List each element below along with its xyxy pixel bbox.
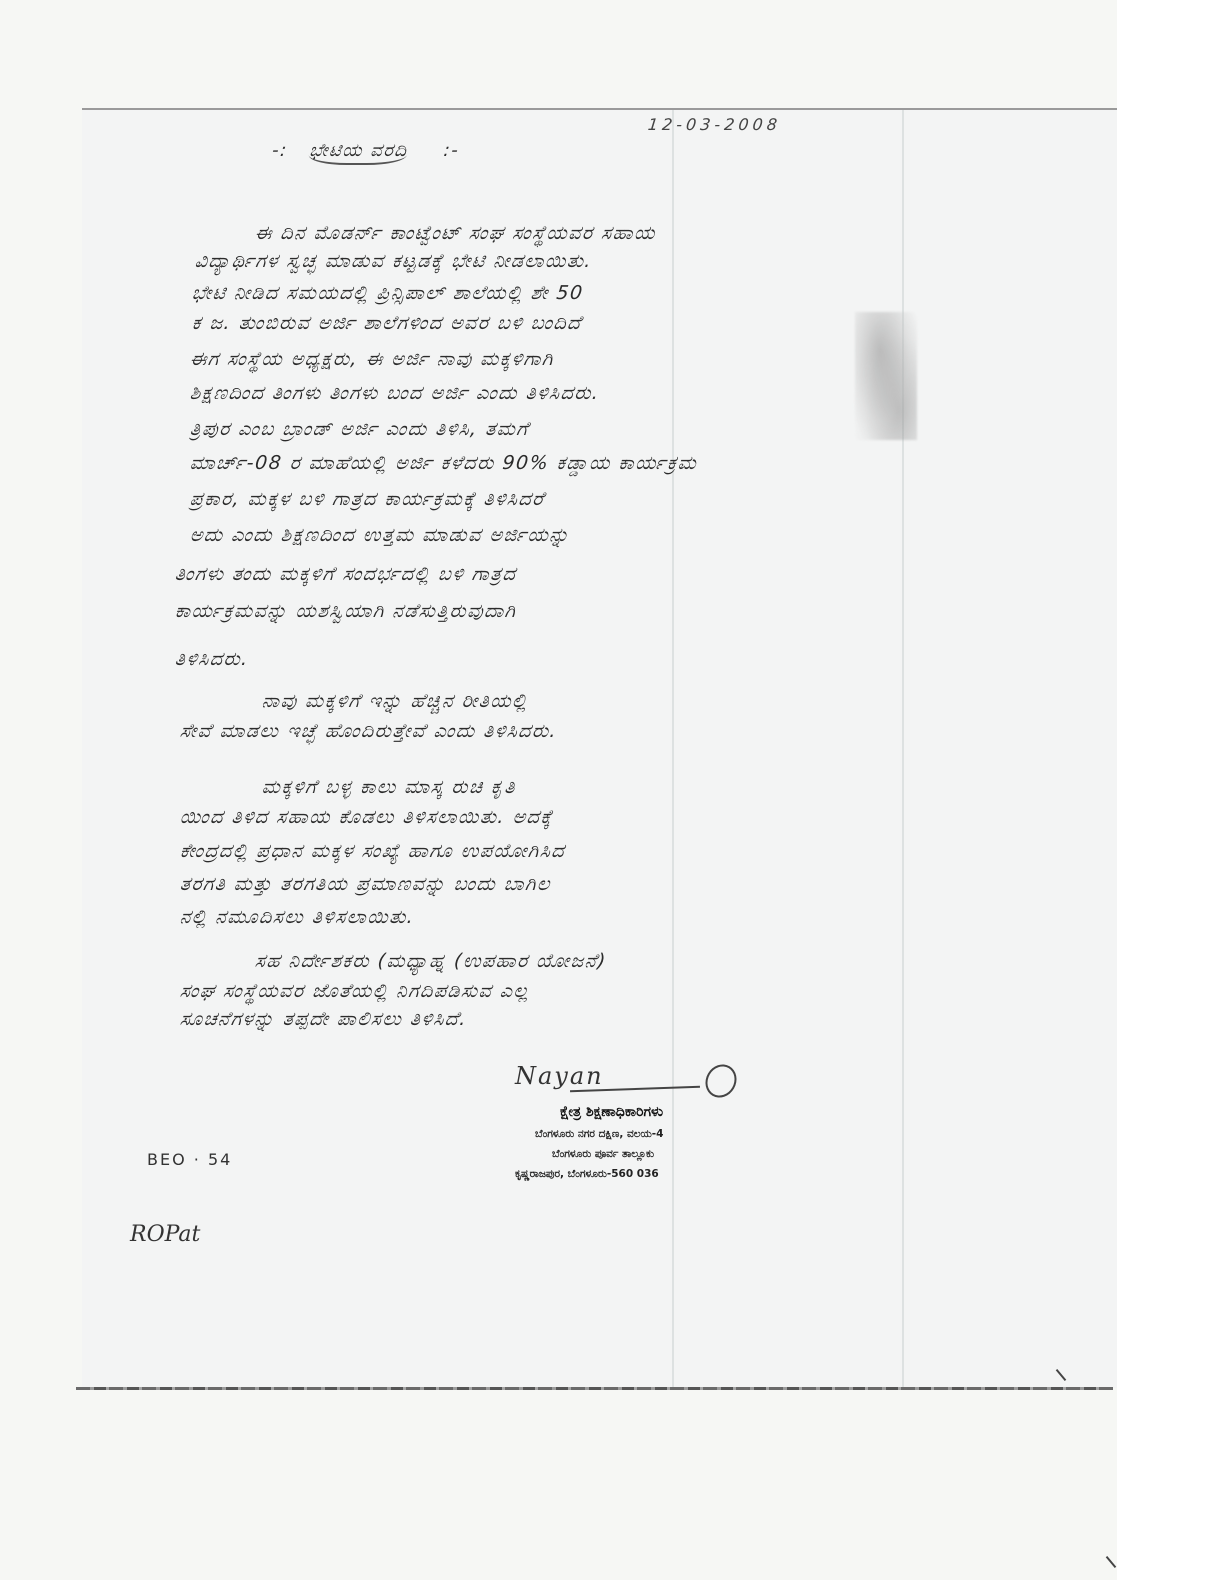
body-line: ಕಾರ್ಯಕ್ರಮವನ್ನು ಯಶಸ್ವಿಯಾಗಿ ನಡೆಸುತ್ತಿರುವುದ… <box>174 600 518 622</box>
stamp-line: ಕೃಷ್ಣರಾಜಪುರ, ಬೆಂಗಳೂರು-560 036 <box>515 1168 659 1181</box>
letter-date: 12-03-2008 <box>647 115 782 134</box>
body-line: ವಿದ್ಯಾರ್ಥಿಗಳ ಸ್ವಚ್ಛ ಮಾಡುವ ಕಟ್ಟಡಕ್ಕೆ ಭೇಟಿ… <box>194 250 594 272</box>
body-line: ಪ್ರಕಾರ, ಮಕ್ಕಳ ಬಳಿ ಗಾತ್ರದ ಕಾರ್ಯಕ್ರಮಕ್ಕೆ ತ… <box>189 488 546 510</box>
stamp-title: ಕ್ಷೇತ್ರ ಶಿಕ್ಷಣಾಧಿಕಾರಿಗಳು <box>560 1104 663 1120</box>
body-line: ಈ ದಿನ ಮೊಡರ್ನ್ ಕಾಂಟ್ವೆಂಟ್ ಸಂಘ ಸಂಸ್ಥೆಯವರ ಸ… <box>254 222 657 244</box>
heading-prefix: -: <box>271 140 289 161</box>
body-line: ತಿಂಗಳು ತಂದು ಮಕ್ಕಳಿಗೆ ಸಂದರ್ಭದಲ್ಲಿ ಬಳಿ ಗಾತ… <box>174 563 518 585</box>
body-line: ಮಕ್ಕಳಿಗೆ ಬಳ್ಳ ಕಾಲು ಮಾಸ್ಕ ರುಚಿ ಕೃತಿ <box>261 776 517 798</box>
body-line: ಕೇಂದ್ರದಲ್ಲಿ ಪ್ರಧಾನ ಮಕ್ಕಳ ಸಂಖ್ಯೆ ಹಾಗೂ ಉಪಯ… <box>179 840 567 862</box>
heading-title: ಭೇಟಿಯ ವರದಿ <box>308 140 409 165</box>
body-line: ನಾವು ಮಕ್ಕಳಿಗೆ ಇನ್ನು ಹೆಚ್ಚಿನ ರೀತಿಯಲ್ಲಿ <box>261 690 529 712</box>
stamp-line: ಬೆಂಗಳೂರು ನಗರ ದಕ್ಷಿಣ, ವಲಯ-4 <box>535 1128 663 1141</box>
body-line: ಶಿಕ್ಷಣದಿಂದ ತಿಂಗಳು ತಿಂಗಳು ಬಂದ ಅರ್ಜಿ ಎಂದು … <box>189 382 601 404</box>
handwritten-signature: Nayan <box>515 1062 604 1090</box>
body-line: ತಿಳಿಸಿದರು. <box>174 648 250 670</box>
body-line: ತ್ರಿಪುರ ಎಂಬ ಬ್ರಾಂಡ್ ಅರ್ಜಿ ಎಂದು ತಿಳಿಸಿ, ತ… <box>189 418 530 440</box>
stamp-line: ಬೆಂಗಳೂರು ಪೂರ್ವ ತಾಲ್ಲೂಕು <box>552 1148 654 1161</box>
body-line: ನಲ್ಲಿ ನಮೂದಿಸಲು ತಿಳಿಸಲಾಯಿತು. <box>179 906 416 928</box>
body-line: ಕ ಜ. ತುಂಬಿರುವ ಅರ್ಜಿ ಶಾಲೆಗಳಿಂದ ಅವರ ಬಳಿ ಬಂ… <box>191 312 583 334</box>
paper-fold <box>672 110 674 1388</box>
body-line: ಸೇವೆ ಮಾಡಲು ಇಚ್ಛೆ ಹೊಂದಿರುತ್ತೇವೆ ಎಂದು ತಿಳಿ… <box>179 720 559 742</box>
heading-suffix: :- <box>443 140 461 161</box>
body-line: ಸೂಚನೆಗಳನ್ನು ತಪ್ಪದೇ ಪಾಲಿಸಲು ತಿಳಿಸಿದೆ. <box>179 1008 468 1030</box>
ink-smudge <box>855 312 917 440</box>
body-line: ಯಿಂದ ತಿಳಿದ ಸಹಾಯ ಕೊಡಲು ತಿಳಿಸಲಾಯಿತು. ಅದಕ್ಕ… <box>179 806 555 828</box>
body-line: ಸಂಘ ಸಂಸ್ಥೆಯವರ ಜೊತೆಯಲ್ಲಿ ನಿಗದಿಪಡಿಸುವ ಎಲ್ಲ <box>179 980 531 1002</box>
body-line: ಸಹ ನಿರ್ದೇಶಕರು (ಮಧ್ಯಾಹ್ನ (ಉಪಹಾರ ಯೋಜನೆ) <box>254 950 608 972</box>
paper-fold <box>902 110 904 1388</box>
body-line: ತರಗತಿ ಮತ್ತು ತರಗತಿಯ ಪ್ರಮಾಣವನ್ನು ಬಂದು ಬಾಗಿ… <box>179 873 552 895</box>
body-line: ಮಾರ್ಚ್-08 ರ ಮಾಹೆಯಲ್ಲಿ ಅರ್ಜಿ ಕಳೆದರು 90% ಕ… <box>189 452 699 474</box>
letter-heading: -: ಭೇಟಿಯ ವರದಿ :- <box>271 140 461 165</box>
reference-note: BEO · 54 <box>147 1150 232 1169</box>
body-line: ಭೇಟಿ ನೀಡಿದ ಸಮಯದಲ್ಲಿ ಪ್ರಿನ್ಸಿಪಾಲ್ ಶಾಲೆಯಲ್… <box>191 282 585 304</box>
body-line: ಅದು ಎಂದು ಶಿಕ್ಷಣದಿಂದ ಉತ್ತಮ ಮಾಡುವ ಅರ್ಜಿಯನ್… <box>189 524 572 546</box>
body-line: ಈಗ ಸಂಸ್ಥೆಯ ಅಧ್ಯಕ್ಷರು, ಈ ಅರ್ಜಿ ನಾವು ಮಕ್ಕಳ… <box>189 348 555 370</box>
initials-note: ROPat <box>130 1222 200 1247</box>
